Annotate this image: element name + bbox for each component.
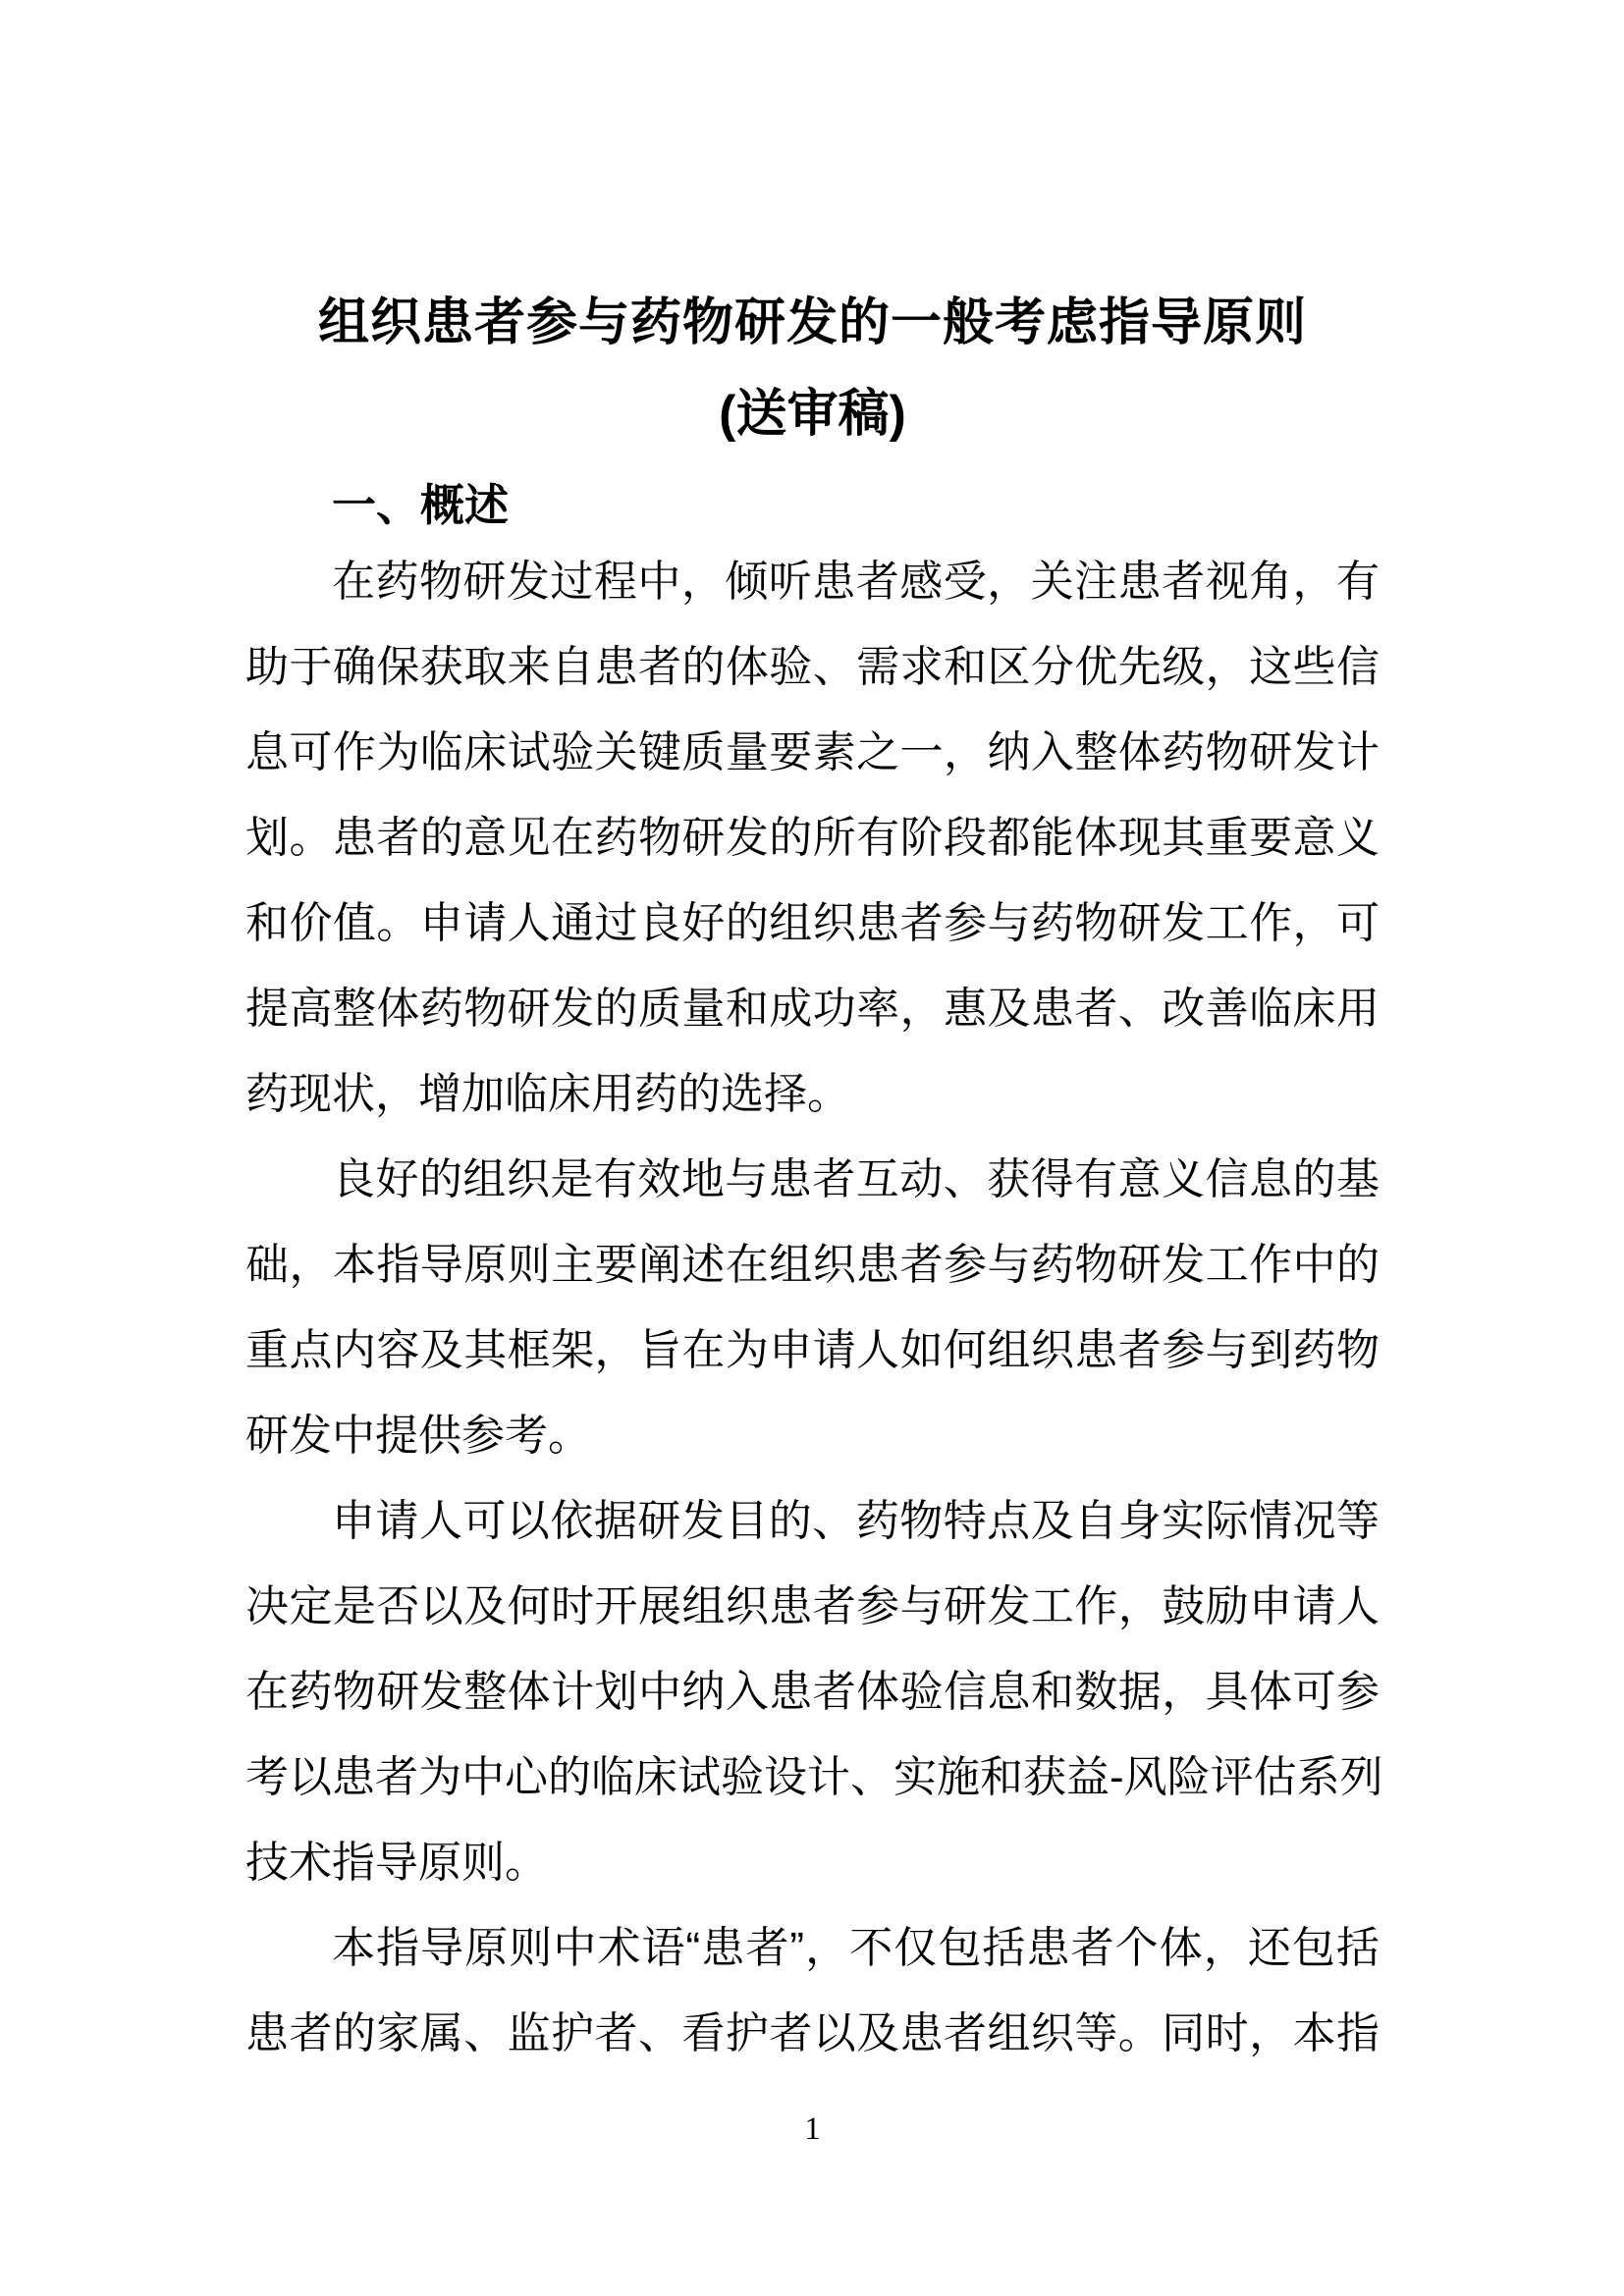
text-line: 在药物研发过程中，倾听患者感受，关注患者视角，有: [245, 539, 1380, 624]
document-body: 在药物研发过程中，倾听患者感受，关注患者视角，有助于确保获取来自患者的体验、需求…: [245, 539, 1380, 2076]
section-heading: 一、概述: [245, 483, 1380, 527]
paragraph: 申请人可以依据研发目的、药物特点及自身实际情况等决定是否以及何时开展组织患者参与…: [245, 1478, 1380, 1905]
text-line: 划。患者的意见在药物研发的所有阶段都能体现其重要意义: [245, 795, 1380, 881]
text-line: 息可作为临床试验关键质量要素之一，纳入整体药物研发计: [245, 710, 1380, 795]
text-line: 考以患者为中心的临床试验设计、实施和获益-风险评估系列: [245, 1735, 1380, 1820]
text-line: 本指导原则中术语“患者”，不仅包括患者个体，还包括: [245, 1905, 1380, 1991]
text-line: 患者的家属、监护者、看护者以及患者组织等。同时，本指: [245, 1991, 1380, 2076]
paragraph: 良好的组织是有效地与患者互动、获得有意义信息的基础，本指导原则主要阐述在组织患者…: [245, 1137, 1380, 1478]
text-line: 药现状，增加临床用药的选择。: [245, 1051, 1380, 1137]
text-line: 助于确保获取来自患者的体验、需求和区分优先级，这些信: [245, 624, 1380, 710]
text-line: 申请人可以依据研发目的、药物特点及自身实际情况等: [245, 1478, 1380, 1564]
text-line: 提高整体药物研发的质量和成功率，惠及患者、改善临床用: [245, 966, 1380, 1051]
text-line: 重点内容及其框架，旨在为申请人如何组织患者参与到药物: [245, 1308, 1380, 1393]
text-line: 技术指导原则。: [245, 1820, 1380, 1905]
subtitle: (送审稿): [245, 389, 1380, 440]
page-number: 1: [245, 2113, 1380, 2146]
text-line: 和价值。申请人通过良好的组织患者参与药物研发工作，可: [245, 881, 1380, 966]
paragraph: 本指导原则中术语“患者”，不仅包括患者个体，还包括患者的家属、监护者、看护者以及…: [245, 1905, 1380, 2076]
text-line: 础，本指导原则主要阐述在组织患者参与药物研发工作中的: [245, 1222, 1380, 1308]
text-line: 良好的组织是有效地与患者互动、获得有意义信息的基: [245, 1137, 1380, 1222]
main-title: 组织患者参与药物研发的一般考虑指导原则: [245, 297, 1380, 348]
text-line: 在药物研发整体计划中纳入患者体验信息和数据，具体可参: [245, 1649, 1380, 1735]
paragraph: 在药物研发过程中，倾听患者感受，关注患者视角，有助于确保获取来自患者的体验、需求…: [245, 539, 1380, 1137]
text-line: 研发中提供参考。: [245, 1393, 1380, 1478]
text-line: 决定是否以及何时开展组织患者参与研发工作，鼓励申请人: [245, 1564, 1380, 1649]
document-page: 组织患者参与药物研发的一般考虑指导原则 (送审稿) 一、概述 在药物研发过程中，…: [0, 0, 1624, 2296]
